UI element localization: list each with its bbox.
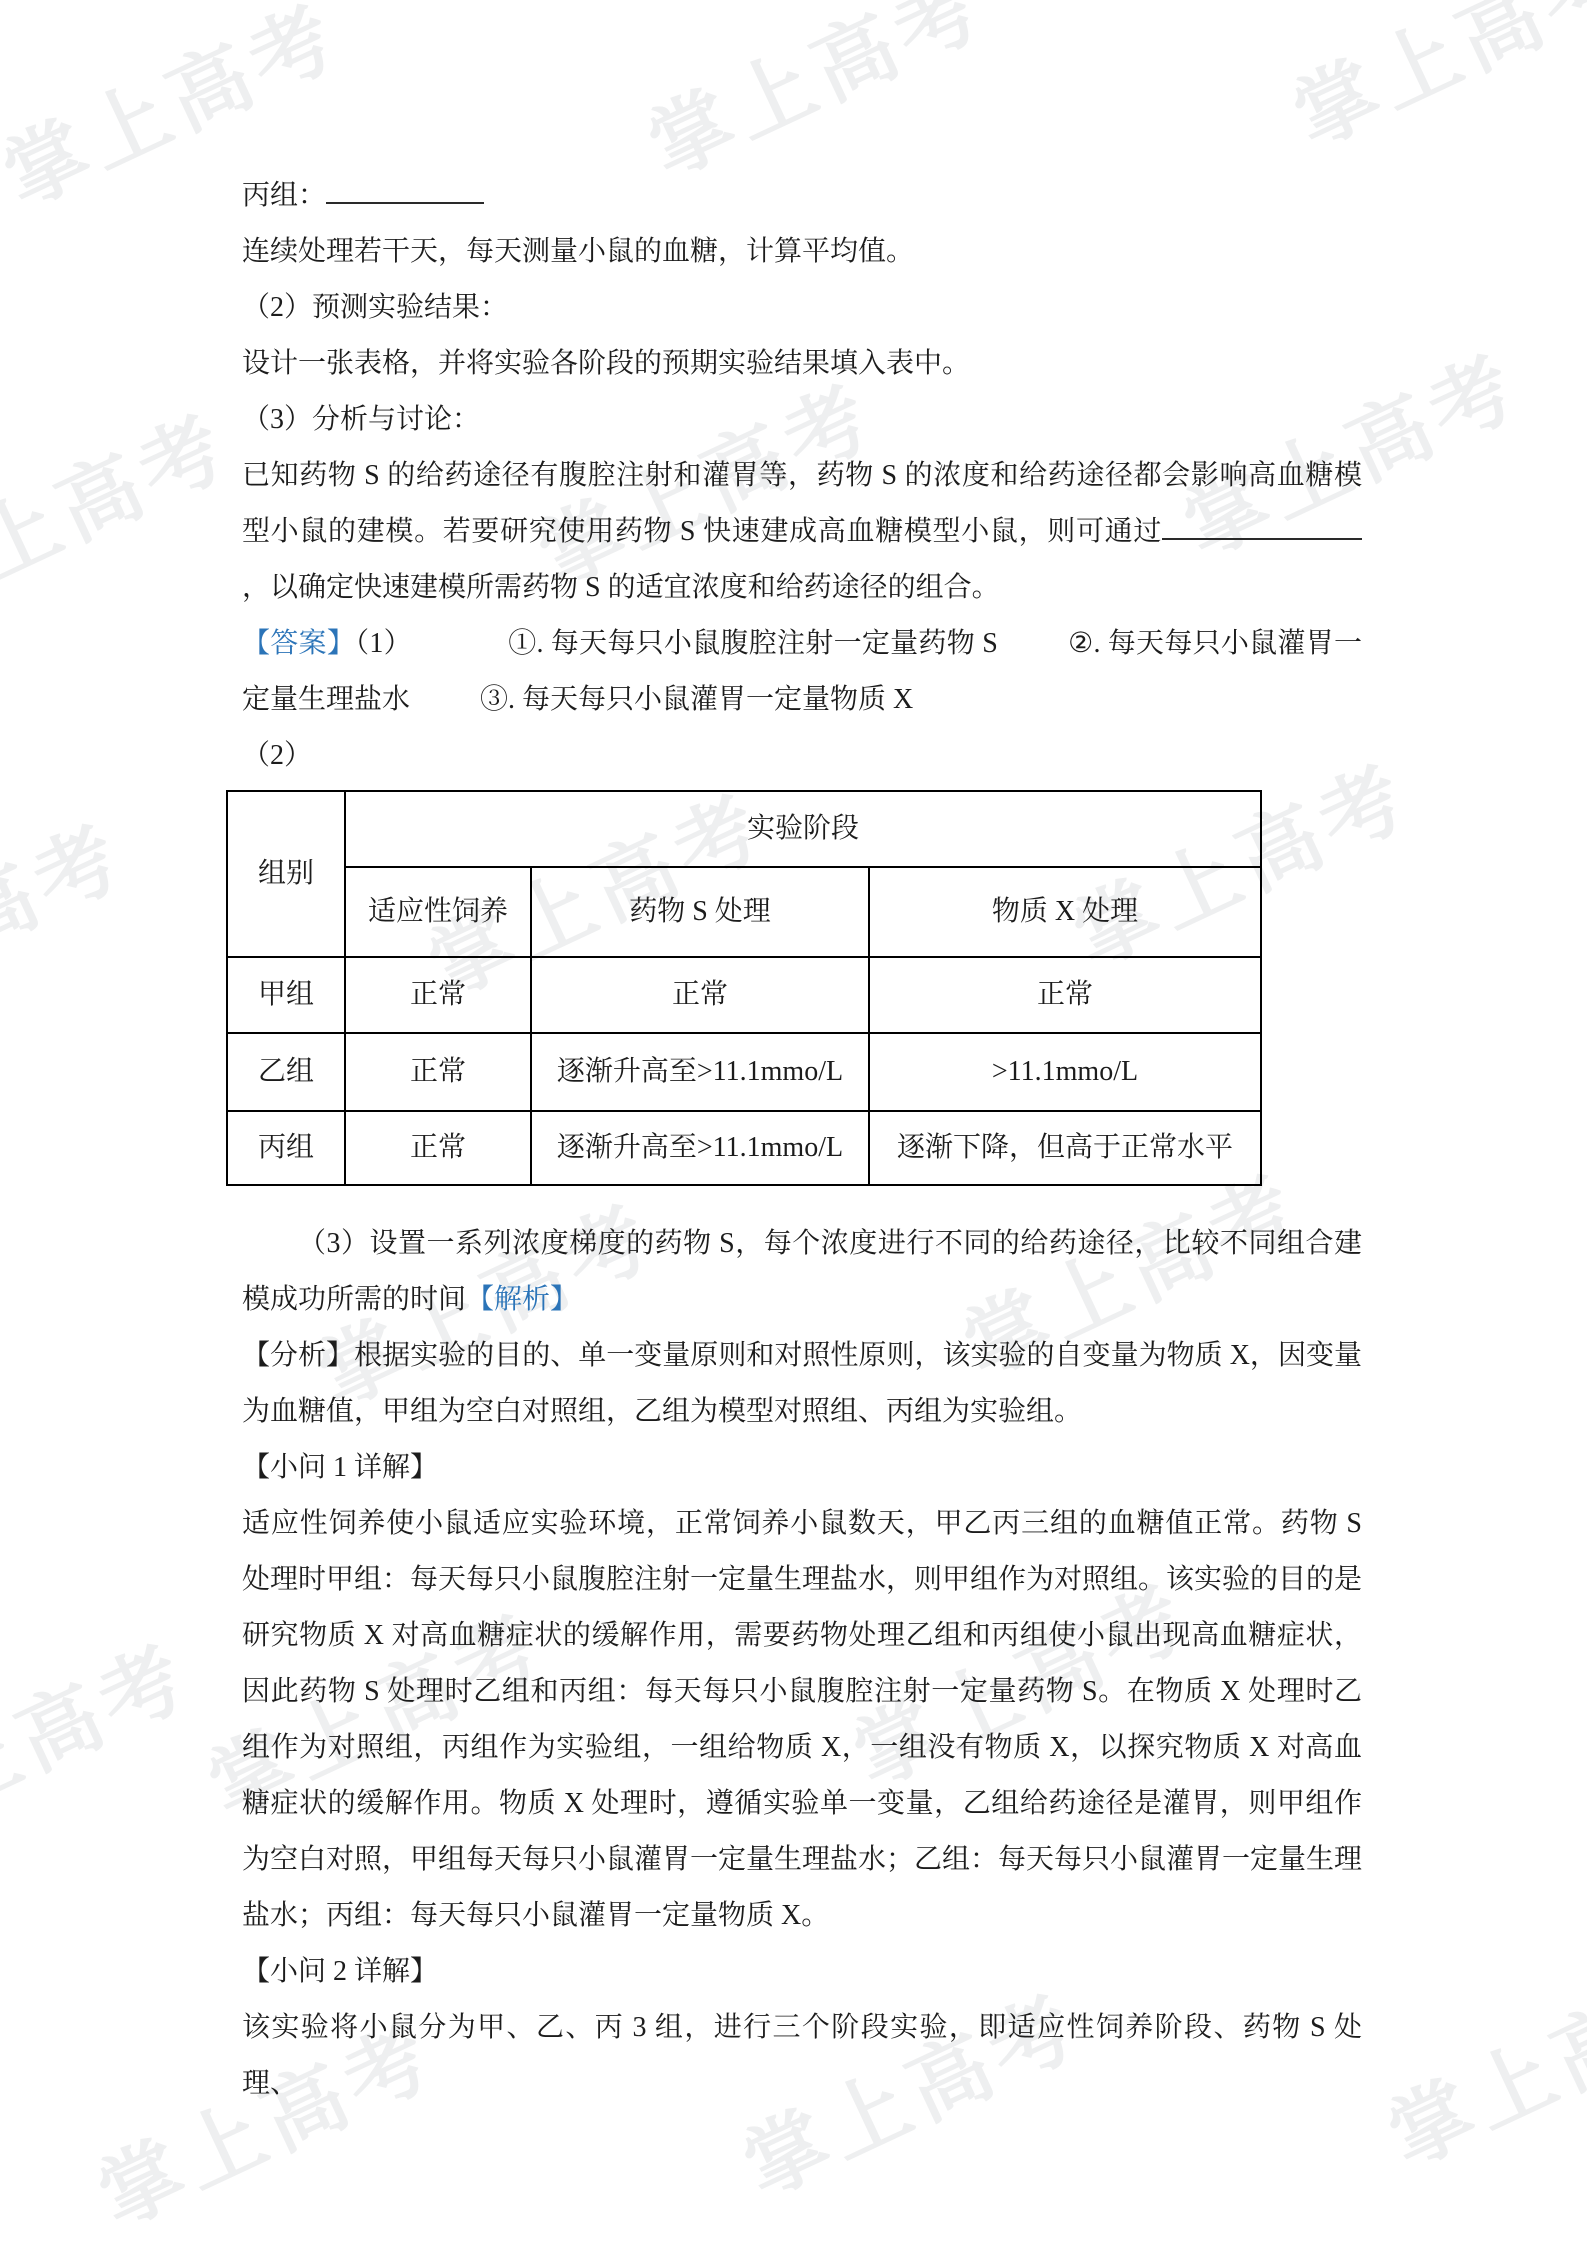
question-part3-paragraph: 已知药物 S 的给药途径有腹腔注射和灌胃等，药物 S 的浓度和给药途径都会影响高… [242,448,1362,616]
table-stage-header: 实验阶段 [345,791,1261,867]
table-row-yi: 乙组 正常 逐渐升高至>11.1mmo/L >11.1mmo/L [227,1033,1261,1111]
question-part2-body: 设计一张表格，并将实验各阶段的预期实验结果填入表中。 [242,336,1362,392]
table-cell: >11.1mmo/L [869,1033,1261,1111]
analysis-fenxi-paragraph: 【分析】根据实验的目的、单一变量原则和对照性原则，该实验的自变量为物质 X，因变… [242,1328,1362,1440]
bingzu-label: 丙组： [242,180,326,211]
row-group-label: 乙组 [227,1033,345,1111]
spacer [410,707,480,708]
question-line-bingzu: 丙组： [242,168,1362,224]
table-cell: 正常 [345,1111,531,1185]
document-content: 丙组： 连续处理若干天，每天测量小鼠的血糖，计算平均值。 （2）预测实验结果： … [0,0,1362,2112]
table-row-bing: 丙组 正常 逐渐升高至>11.1mmo/L 逐渐下降，但高于正常水平 [227,1111,1261,1185]
analysis-part3-answer: （3）设置一系列浓度梯度的药物 S，每个浓度进行不同的给药途径，比较不同组合建模… [242,1216,1362,1328]
answer-paragraph: 【答案】（1）①. 每天每只小鼠腹腔注射一定量药物 S②. 每天每只小鼠灌胃一定… [242,616,1362,728]
table-cell: 逐渐升高至>11.1mmo/L [531,1033,869,1111]
analysis-q1-heading: 【小问 1 详解】 [242,1440,1362,1496]
question-part2-heading: （2）预测实验结果： [242,280,1362,336]
analysis-q2-heading: 【小问 2 详解】 [242,1944,1362,2000]
table-cell: 逐渐下降，但高于正常水平 [869,1111,1261,1185]
table-corner-header: 组别 [227,791,345,957]
part3-text-after-blank: ，以确定快速建模所需药物 S 的适宜浓度和给药途径的组合。 [242,572,1000,603]
answer-part2-label: （2） [242,728,1362,784]
document-page: 掌上高考掌上高考掌上高考掌上高考掌上高考掌上高考掌上高考掌上高考掌上高考掌上高考… [0,0,1587,2245]
question-line-continue: 连续处理若干天，每天测量小鼠的血糖，计算平均值。 [242,224,1362,280]
table-subheader-drug-s: 药物 S 处理 [531,867,869,957]
fill-in-blank [1162,508,1362,540]
analysis-q2-paragraph: 该实验将小鼠分为甲、乙、丙 3 组，进行三个阶段实验，即适应性饲养阶段、药物 S… [242,2000,1362,2112]
spacer [412,651,508,652]
table-cell: 正常 [531,957,869,1033]
table-cell: 正常 [345,1033,531,1111]
row-group-label: 丙组 [227,1111,345,1185]
row-group-label: 甲组 [227,957,345,1033]
answer-item-1: ①. 每天每只小鼠腹腔注射一定量药物 S [508,628,998,659]
fill-in-blank [326,172,484,204]
table-row-jia: 甲组 正常 正常 正常 [227,957,1261,1033]
answer-label: 【答案】 [242,628,355,659]
jiexi-label: 【解析】 [466,1284,578,1315]
analysis-q1-paragraph: 适应性饲养使小鼠适应实验环境，正常饲养小鼠数天，甲乙丙三组的血糖值正常。药物 S… [242,1496,1362,1944]
table-cell: 正常 [869,957,1261,1033]
answer-item-3: ③. 每天每只小鼠灌胃一定量物质 X [480,684,913,715]
table-cell: 逐渐升高至>11.1mmo/L [531,1111,869,1185]
table-subheader-substance-x: 物质 X 处理 [869,867,1261,957]
spacer [998,651,1068,652]
table-cell: 正常 [345,957,531,1033]
table-subheader-feeding: 适应性饲养 [345,867,531,957]
watermark-text: 掌上高考 [1367,1931,1587,2189]
answer-intro: （1） [355,628,412,659]
question-part3-heading: （3）分析与讨论： [242,392,1362,448]
results-table: 组别 实验阶段 适应性饲养 药物 S 处理 物质 X 处理 甲组 正常 正常 正… [226,790,1262,1186]
part3-answer-text: （3）设置一系列浓度梯度的药物 S，每个浓度进行不同的给药途径，比较不同组合建模… [242,1228,1362,1315]
